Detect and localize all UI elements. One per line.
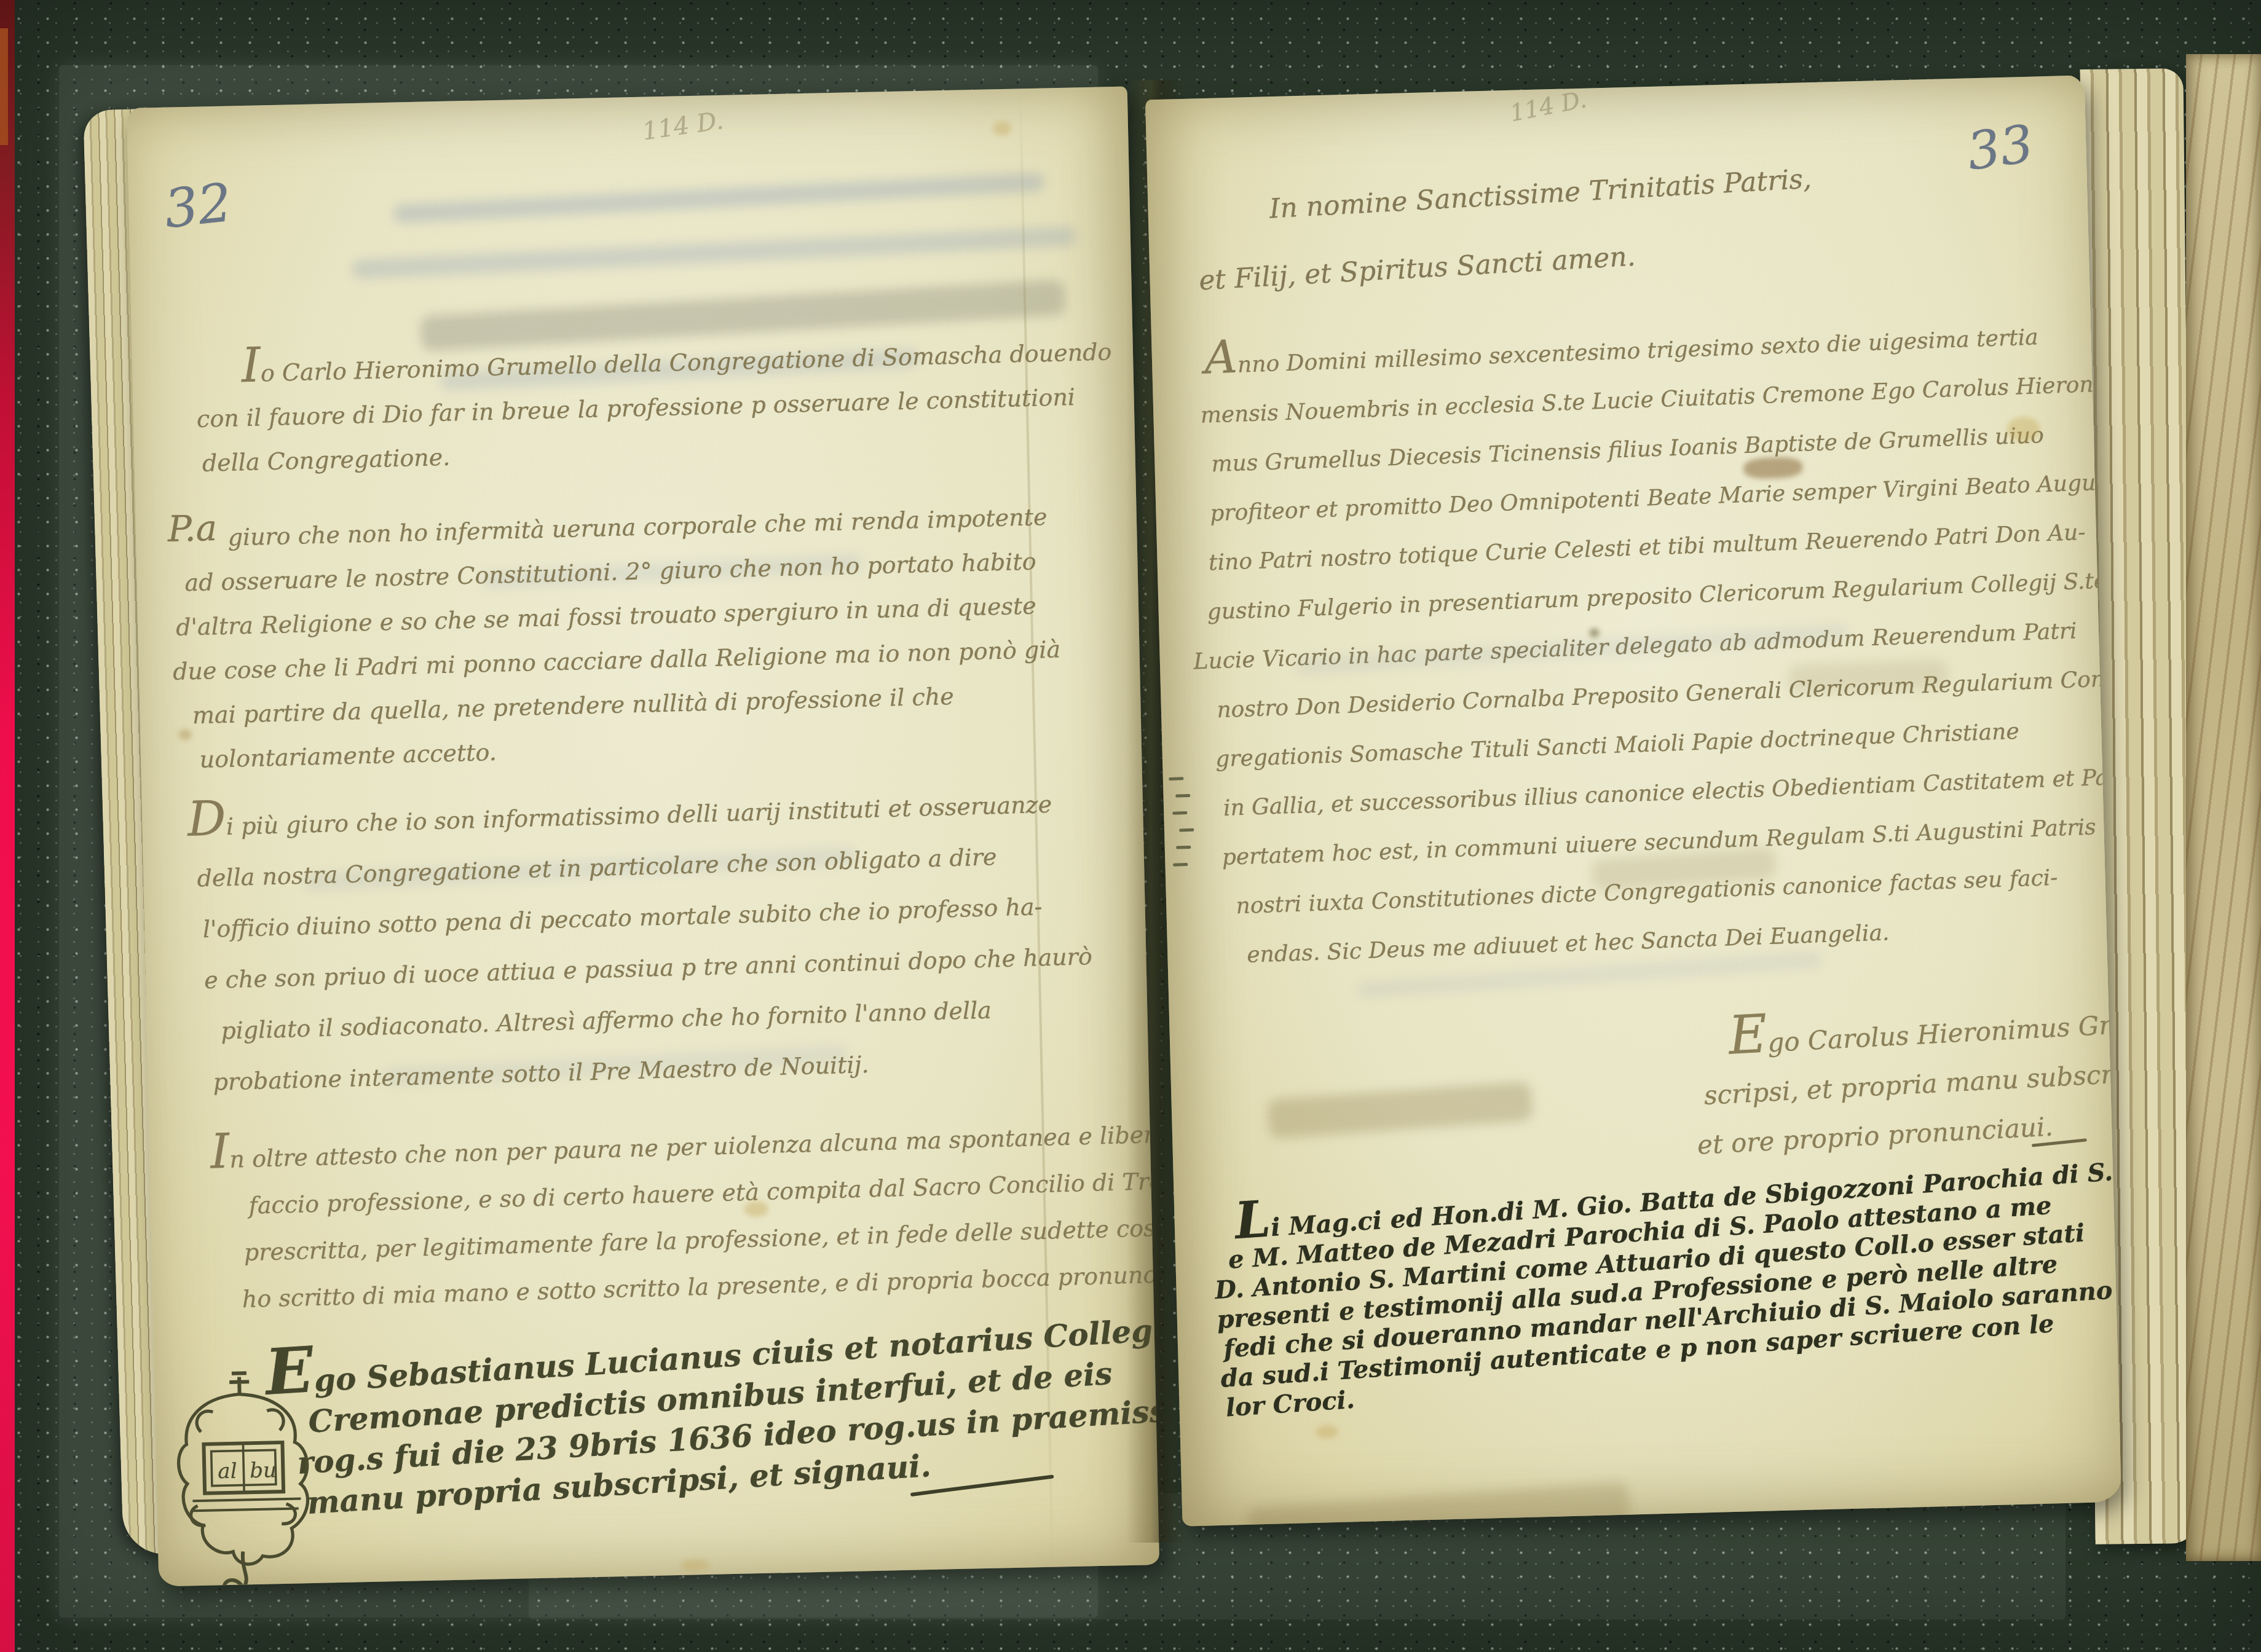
invocation-heading: In nomine Sanctissime Trinitatis Patris,…: [1145, 146, 1817, 318]
margin-tick: [1175, 794, 1190, 798]
seal-letters-left: al: [218, 1459, 237, 1484]
scanner-edge-artifact: [0, 28, 8, 145]
scanner-edge-strip: [0, 0, 15, 1652]
left-page: 32 114 D. Io Carlo Hieronimo Grumello de…: [127, 87, 1159, 1587]
seal-letters-right: bu: [250, 1458, 277, 1483]
adjacent-folio-edge: [2186, 54, 2261, 1561]
paragraph: In oltre attesto che non per paura ne pe…: [149, 1109, 1159, 1325]
margin-tick: [1169, 777, 1183, 781]
paragraph: giuro che non ho infermità ueruna corpor…: [135, 495, 1063, 784]
bleedthrough-ghost-text: [1145, 75, 2079, 103]
right-page: 33 114 D. In nomine Sanctissime Trinitat…: [1145, 75, 2121, 1526]
professed-signature: Ego Carolus Hieronimus Grunelli scripsi,…: [1645, 997, 2121, 1173]
margin-ticks: [1169, 777, 1196, 881]
paragraph: Di più giuro che io son informatissimo d…: [141, 778, 1095, 1109]
stain: [681, 1559, 709, 1571]
witness-attestation: Li Mag.ci ed Hon.di M. Gio. Batta de Sbi…: [1210, 1151, 2121, 1423]
archival-number: 114 D.: [1507, 85, 1588, 127]
margin-tick: [1173, 863, 1188, 867]
archival-number: 114 D.: [641, 106, 725, 146]
margin-tick: [1179, 828, 1194, 832]
folio-number: 33: [1963, 113, 2037, 182]
paragraph: Io Carlo Hieronimo Grumello della Congre…: [132, 329, 1115, 487]
manuscript-photo: 32 114 D. Io Carlo Hieronimo Grumello de…: [0, 0, 2261, 1652]
stain: [1316, 1425, 1338, 1439]
stain: [993, 121, 1012, 136]
margin-tick: [1172, 811, 1187, 815]
margin-tick: [1176, 846, 1191, 849]
notary-seal-mark: al bu: [165, 1365, 331, 1586]
folio-number: 32: [161, 172, 235, 240]
